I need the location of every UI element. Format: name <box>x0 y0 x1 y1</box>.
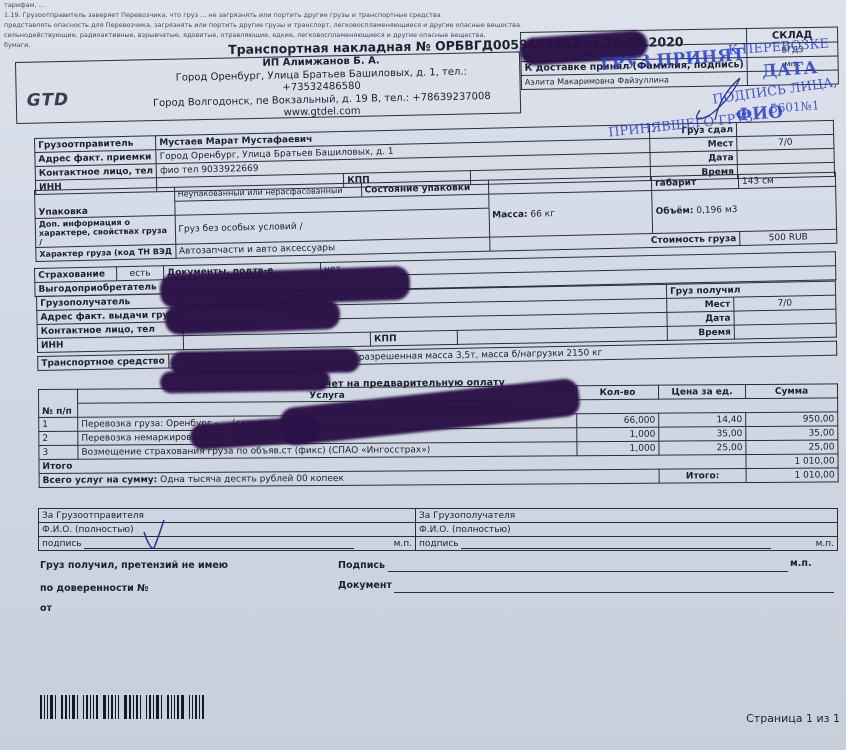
shipper-mp: м.п. <box>394 539 412 549</box>
receiver-inn-value <box>184 332 371 350</box>
grand-total-value: 1 010,00 <box>746 468 838 483</box>
row-qty: 66,000 <box>577 413 659 428</box>
row-price: 25,00 <box>659 441 746 456</box>
consignee-signature-label: подпись <box>419 539 459 549</box>
insurance-value: есть <box>116 266 163 281</box>
for-shipper-label: За Грузоотправителя <box>39 509 416 523</box>
receiver-kpp-label: КПП <box>371 330 458 346</box>
row-sum: 25,00 <box>746 440 838 455</box>
cargo-value-value: 500 RUB <box>740 229 837 245</box>
gtd-logo: GTD <box>27 90 70 111</box>
receiver-date-label: Дата <box>667 311 734 326</box>
volume-value: 0,196 м3 <box>696 205 737 216</box>
shipper-signature-line[interactable] <box>84 548 354 549</box>
cargo-type-label: Характер груза (код ТН ВЭД <box>36 244 176 261</box>
row-qty: 1,000 <box>577 441 659 456</box>
consignee-fio-label: Ф.И.О. (полностью) <box>416 523 838 537</box>
company-header: GTD ИП Алимжанов Б. А. Город Оренбург, У… <box>15 51 521 124</box>
footer-document-label: Документ <box>338 580 392 591</box>
vehicle-label: Транспортное средство <box>38 354 169 371</box>
handwritten-signature-icon <box>690 70 750 130</box>
volume-label: Объём: <box>656 206 694 217</box>
redaction-mark <box>160 369 330 394</box>
sum-words-label: Всего услуг на сумму: <box>43 475 158 486</box>
consignee-mp: м.п. <box>816 539 834 549</box>
row-sum: 950,00 <box>746 412 838 427</box>
row-number: 3 <box>39 445 78 459</box>
row-number: 2 <box>39 431 78 445</box>
extra-info-label: Доп. информация о характере, свойствах г… <box>35 215 175 247</box>
page-number: Страница 1 из 1 <box>746 712 840 725</box>
footer-document-line[interactable] <box>394 592 834 593</box>
receiver-section: Грузополучатель 9 В Груз получил Адрес ф… <box>36 281 837 371</box>
by-proxy-label: по довереннoсти № <box>40 583 148 594</box>
received-no-claims: Груз получил, претензий не имею <box>40 560 228 571</box>
col-sum: Сумма <box>745 384 837 399</box>
for-consignee-label: За Грузополучателя <box>416 509 838 523</box>
consignee-signature-row: подпись м.п. <box>416 537 838 551</box>
row-qty: 1,000 <box>577 427 659 442</box>
redaction-mark <box>165 299 341 335</box>
footer-mp: м.п. <box>790 558 812 569</box>
mass-cell: Масса: 66 кг <box>488 190 652 237</box>
sum-words: Всего услуг на сумму: Одна тысяча десять… <box>39 469 659 487</box>
legal-line: представлять опасность для Перевозчика, … <box>4 20 564 30</box>
receiver-time-value <box>734 323 836 339</box>
receiver-time-label: Время <box>667 325 734 340</box>
from-label: от <box>40 603 52 614</box>
col-qty: Кол-во <box>576 385 658 400</box>
consignee-signature-line[interactable] <box>461 548 771 549</box>
shipper-signature-label: подпись <box>42 539 82 549</box>
col-number: № п/п <box>39 389 78 417</box>
row-price: 14,40 <box>659 413 746 428</box>
row-number: 1 <box>39 417 78 431</box>
row-price: 35,00 <box>659 427 746 442</box>
legal-line: тарифам, ... <box>4 0 564 10</box>
total-value: 1 010,00 <box>746 454 838 469</box>
company-info: ИП Алимжанов Б. А. Город Оренбург, Улица… <box>136 53 507 123</box>
mass-value: 66 кг <box>530 209 555 220</box>
receiver-kpp-value <box>457 326 667 344</box>
sum-words-value: Одна тысяча десять рублей 00 копеек <box>160 473 344 484</box>
receiver-inn-label: ИНН <box>37 336 183 353</box>
legal-line: 1.19. Грузоотправитель заверяет Перевозч… <box>4 10 564 20</box>
footer-sign-line[interactable] <box>388 571 788 572</box>
shipper-signature-row: подпись м.п. <box>39 537 416 551</box>
waybill-page: тарифам, ... 1.19. Грузоотправитель заве… <box>0 0 846 750</box>
barcode <box>40 695 209 719</box>
footer-sign-label: Подпись <box>338 560 385 571</box>
volume-cell: Объём: 0,196 м3 <box>652 186 837 233</box>
handwritten-checkmark-icon <box>140 518 170 552</box>
grand-total-label: Итого: <box>659 469 746 484</box>
receiver-places-label: Мест <box>667 297 734 312</box>
shipper-fio-label: Ф.И.О. (полностью) <box>39 523 416 537</box>
row-sum: 35,00 <box>746 426 838 441</box>
col-price: Цена за ед. <box>658 385 745 400</box>
packaging-label: Упаковка <box>35 187 175 218</box>
mass-label: Масса: <box>492 210 528 221</box>
stamp-number: 5601№1 <box>770 98 820 115</box>
